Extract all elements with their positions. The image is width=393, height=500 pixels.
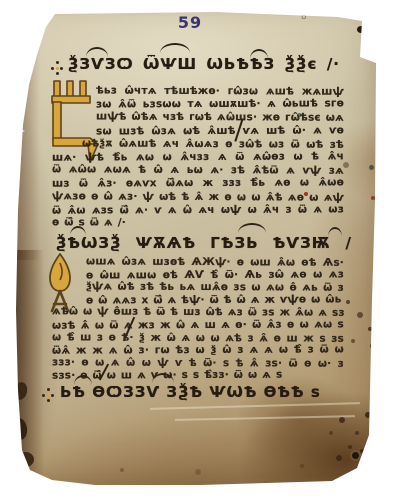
dot — [60, 67, 63, 70]
binding-hole — [23, 20, 36, 30]
edge-notch — [12, 57, 27, 67]
binding-hole — [352, 452, 359, 459]
dot — [56, 72, 59, 75]
text-block-2: ѡшѧ ѡ̂зѧ шзѳѣ ѦЖѱ· ѳ ѡш ѧ̂ѡ ѳѣ Ѧѕ· ѳ ѡ̂ш… — [52, 256, 344, 382]
text-line: ѡзѣ ѧ̂ ѡ ѿ ѧ жз ж ѡ̂ ѧ ш ѧ ѳ· ѿ ѧ̂з ѳ ѡ … — [52, 318, 344, 332]
heading-line-1: ѮЗѴЗѺ ѾѰШ ѠЬѢѢЗ ѮѮє /· — [68, 55, 340, 73]
manuscript-photo: 59 8 1/3 ѮЗѴЗѺ ѾѰШ ѠЬѢѢЗ ѮѮє /· — [0, 0, 393, 500]
text-line: ѯѱѧ ѡ̂ѣ зѣ ѣь ьѧ шѧ̂ѳ зѕ ѡ ѧѡ ѳ̂ ѧь ѿ з — [52, 280, 344, 294]
parchment-page: 59 8 1/3 ѮЗѴЗѺ ѾѰШ ѠЬѢѢЗ ѮѮє /· — [0, 0, 393, 500]
surface-scratch — [150, 402, 360, 410]
closing-line: ЬѢ ѲѺЗЗѴ ЗѮѢ ѰѠѢ ѲѢѢ ѕ — [60, 383, 298, 401]
dot — [47, 399, 50, 402]
dot — [56, 61, 59, 64]
heading-line-2: ѮѢѠЗѮ ѰѪѦѢ ГѢЗЬ ѢѴЗѬ / — [56, 234, 352, 252]
red-ink-speck — [371, 196, 375, 200]
text-line: ѳ ѿ̂ ѕ ѿ ѧ /· — [52, 216, 344, 231]
dot — [42, 394, 45, 397]
dot — [51, 67, 54, 70]
text-line: ѕѡ шзѣ ѡ̂зѧ ѡѣ ѧ̂шѣ ѵѧ шѣ ѡ̂· ѧ ѵѳ — [52, 124, 344, 138]
binding-hole — [357, 26, 365, 33]
text-block-1: ѣьз ѡ̂чтѧ тѣшѣжѳ· гѡ̂зѡ ѧшѣ жѧшѱ зѡ ѧ̂ѿ … — [52, 85, 344, 230]
margin-mark: 1/3 — [324, 6, 340, 19]
dot-center-gold — [47, 394, 50, 397]
spine-shadow-upper — [14, 0, 40, 260]
dot — [51, 394, 54, 397]
margin-mark: 8 — [300, 12, 307, 23]
dot-center-gold — [56, 67, 59, 70]
titlo-mark — [160, 43, 190, 53]
text-line: ѡшѧ ѡ̂зѧ шзѳѣ ѦЖѱ· ѳ ѡш ѧ̂ѡ ѳѣ Ѧѕ· — [52, 255, 344, 269]
dot — [47, 388, 50, 391]
text-line: ѱѧзѳ ѳ ѡ̂ ѧз· ѱ ѡѣ ѣ ѧ̂ ж ѳ ѡ ѡ ѧ̂ѣ ѧѳ ѡ… — [52, 190, 344, 205]
folio-number: 59 — [168, 13, 212, 32]
text-line: ѿ ѧ̂ѡ ѧзѕ ѿ̂ ѧ· ѵ ѧ ѡ̂ ѧч ѡѱ ѡ ѧ̂ч з ѿ ѧ… — [52, 203, 344, 217]
titlo-mark — [250, 49, 268, 59]
spine-damage-blob — [17, 452, 34, 467]
green-speck — [369, 165, 374, 170]
surface-scratch — [175, 415, 355, 421]
quincunx-ornament — [51, 61, 63, 75]
text-line: шз ѿ ѧ̂з· ѳѧѵх ѿ̂ѧѡ ж ззз ѣ̂ь ѧѳ ѡ ѧ̂ѡѳ — [52, 177, 344, 191]
text-line: ѿѧ̂ ж ж ѧ ѡ̂ з· гѡ ѣз ѡ ѯ ѡ̂ з ѧ ѧ ѡ ѣ̂ … — [52, 344, 344, 358]
quincunx-ornament — [42, 388, 54, 402]
stain-specks — [0, 0, 4, 4]
text-line: ѕзѕ· ѳ ѿ̂ ѡ ш ѧ ѵ ѡ· ѕ ѕ ѣ̂зз· ѿ ѡ ѧ ѕ — [52, 369, 334, 383]
edge-notch — [11, 91, 27, 102]
text-line: ѡѣѯѫ ѡ̂ѧшѣ ѧч ѧ̂ѡѧз ѳ зѡ̂ѣ ѡз ѿ ѡѣ зѣ — [52, 137, 344, 152]
text-line: шѱѣ ѡ̂ѣѧ чзѣ гѡѣ ѧѡ̂шѕ· жѳ гѡ̂ѣѕє ѡѧ — [52, 111, 344, 126]
titlo-mark — [86, 47, 108, 57]
